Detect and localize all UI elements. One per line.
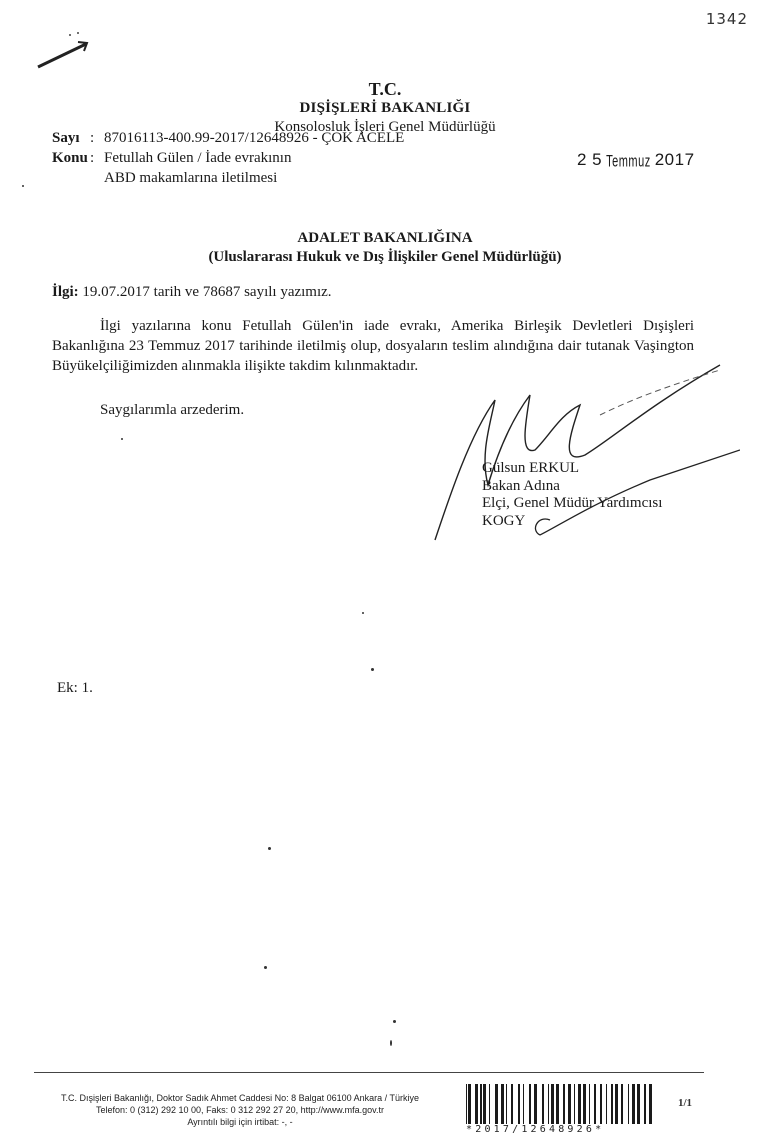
signatory-capacity: Bakan Adına <box>482 478 662 496</box>
document-date: 2 5Temmuz2017 <box>577 150 695 170</box>
addressee-title: ADALET BAKANLIĞINA <box>0 230 770 247</box>
barcode-number: *2017/12648926* <box>466 1124 656 1135</box>
page-count: 1/1 <box>678 1097 692 1109</box>
konu-value-line1: Fetullah Gülen / İade evrakının <box>104 150 291 166</box>
signatory-title: Elçi, Genel Müdür Yardımcısı <box>482 495 662 513</box>
barcode-icon <box>466 1084 656 1124</box>
closing-salutation: Saygılarımla arzederim. <box>100 402 244 419</box>
handwritten-arrow-icon <box>30 30 100 75</box>
handwritten-page-number: 1342 <box>706 10 748 28</box>
sayi-value: 87016113-400.99-2017/12648926 - ÇOK ACEL… <box>104 130 404 146</box>
header-state: T.C. <box>0 79 770 100</box>
signatory-unit: KOGY <box>482 513 662 531</box>
konu-label: Konu <box>52 150 90 167</box>
signature-block: Gülsun ERKUL Bakan Adına Elçi, Genel Müd… <box>482 460 662 530</box>
header-ministry: DIŞİŞLERİ BAKANLIĞI <box>0 100 770 117</box>
sayi-row: Sayı:87016113-400.99-2017/12648926 - ÇOK… <box>52 130 404 147</box>
addressee-subtitle: (Uluslararası Hukuk ve Dış İlişkiler Gen… <box>0 249 770 266</box>
date-month: Temmuz <box>606 153 651 171</box>
reference-line: İlgi: 19.07.2017 tarih ve 78687 sayılı y… <box>52 284 332 301</box>
footer-divider <box>34 1072 704 1074</box>
footer-address: T.C. Dışişleri Bakanlığı, Doktor Sadık A… <box>30 1092 450 1104</box>
date-year: 2017 <box>655 150 695 169</box>
signatory-name: Gülsun ERKUL <box>482 460 662 478</box>
footer-contact: T.C. Dışişleri Bakanlığı, Doktor Sadık A… <box>30 1092 450 1128</box>
date-day: 2 5 <box>577 150 602 169</box>
reference-label: İlgi: <box>52 284 79 300</box>
footer-contact-info: Ayrıntılı bilgi için irtibat: -, - <box>30 1116 450 1128</box>
reference-text: 19.07.2017 tarih ve 78687 sayılı yazımız… <box>82 284 331 300</box>
footer-phone: Telefon: 0 (312) 292 10 00, Faks: 0 312 … <box>30 1104 450 1116</box>
konu-value-line2: ABD makamlarına iletilmesi <box>104 170 277 187</box>
attachment-note: Ek: 1. <box>57 680 93 697</box>
sayi-label: Sayı <box>52 130 90 147</box>
konu-row: Konu:Fetullah Gülen / İade evrakının <box>52 150 291 167</box>
